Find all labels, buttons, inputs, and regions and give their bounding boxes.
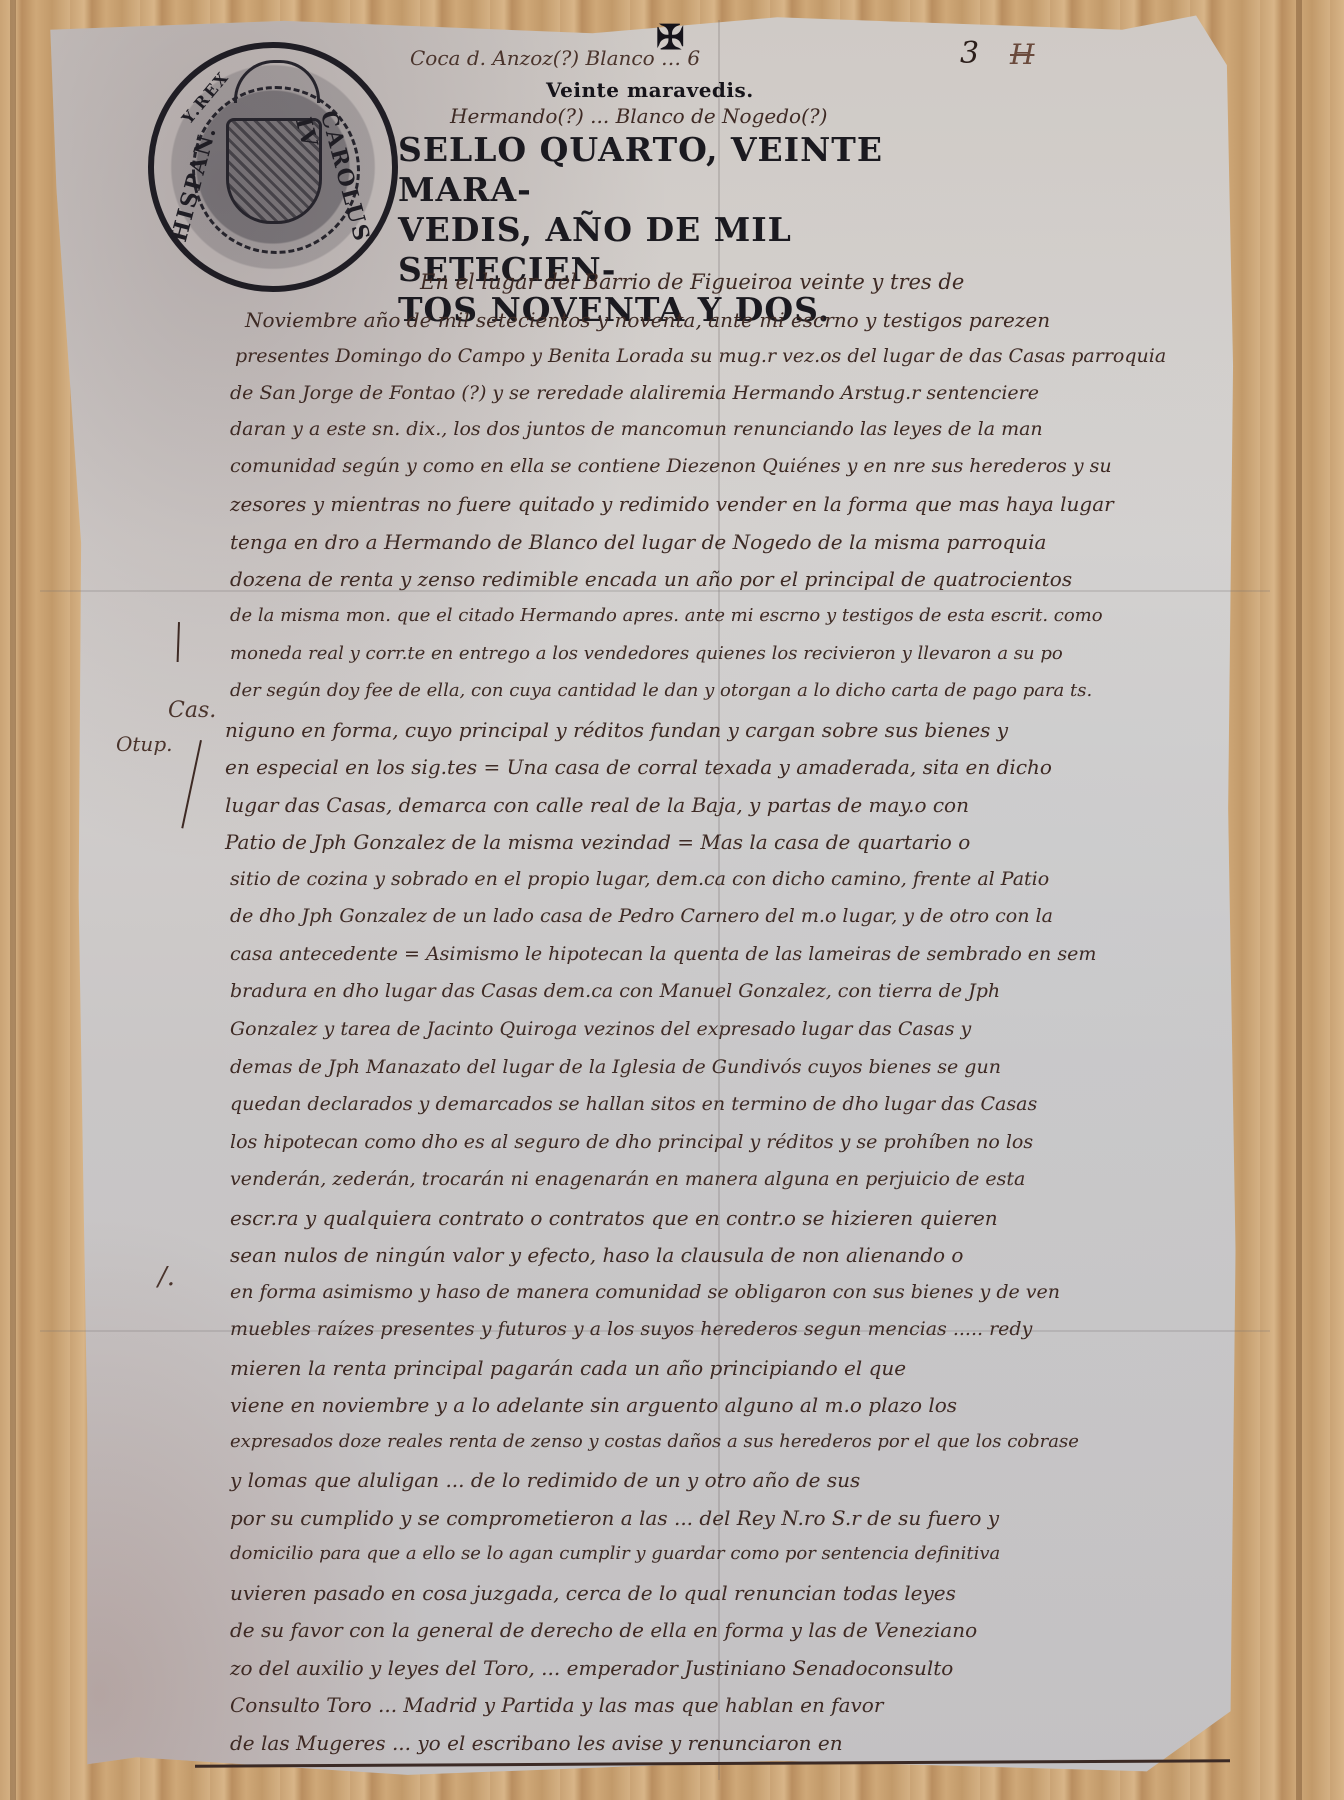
body-line: zesores y mientras no fuere quitado y re… [230, 492, 1114, 516]
body-line: En el lugar del Barrio de Figueiroa vein… [420, 270, 964, 294]
body-line: Noviembre año de mil setecientos y noven… [245, 308, 1050, 332]
heading-line: Sello quarto, veinte mara- [398, 130, 958, 210]
body-line: dozena de renta y zenso redimible encada… [230, 567, 1072, 591]
body-line: Patio de Jph Gonzalez de la misma vezind… [225, 830, 970, 854]
body-line: uvieren pasado en cosa juzgada, cerca de… [230, 1581, 956, 1605]
printed-value-line: Veinte maravedis. [546, 78, 754, 102]
body-line: en especial en los sig.tes = Una casa de… [225, 755, 1052, 779]
body-line: por su cumplido y se comprometieron a la… [230, 1506, 999, 1530]
body-line: comunidad según y como en ella se contie… [230, 455, 1112, 477]
body-line: bradura en dho lugar das Casas dem.ca co… [230, 980, 1000, 1002]
body-line: daran y a este sn. dix., los dos juntos … [230, 418, 1043, 440]
body-line: en forma asimismo y haso de manera comun… [230, 1281, 1060, 1303]
body-line: domicilio para que a ello se lo agan cum… [230, 1543, 1000, 1564]
body-line: de su favor con la general de derecho de… [230, 1618, 977, 1642]
page-number: 3 [960, 36, 979, 71]
body-line: Consulto Toro ... Madrid y Partida y las… [230, 1693, 883, 1717]
top-handwritten-note: Coca d. Anzoz(?) Blanco … 6 [410, 46, 700, 70]
margin-note: Otup. [116, 732, 172, 756]
body-line: de la misma mon. que el citado Hermando … [230, 605, 1103, 626]
body-line: y lomas que aluligan ... de lo redimido … [230, 1468, 860, 1492]
body-line: expresados doze reales renta de zenso y … [230, 1431, 1079, 1452]
body-line: viene en noviembre y a lo adelante sin a… [230, 1393, 957, 1417]
body-line: los hipotecan como dho es al seguro de d… [230, 1131, 1033, 1153]
body-line: zo del auxilio y leyes del Toro, ... emp… [230, 1656, 953, 1680]
printed-stamp-heading: Sello quarto, veinte mara- vedis, año de… [398, 130, 958, 330]
royal-seal-stamp: CAROLUS IV HISPAN. Y.REX [148, 42, 398, 292]
body-line: muebles raízes presentes y futuros y a l… [230, 1318, 1032, 1340]
body-line: quedan declarados y demarcados se hallan… [230, 1093, 1037, 1115]
body-line: niguno en forma, cuyo principal y rédito… [225, 718, 1008, 742]
body-line: presentes Domingo do Campo y Benita Lora… [235, 345, 1166, 367]
body-line: de las Mugeres ... yo el escribano les a… [230, 1731, 843, 1755]
body-line: tenga en dro a Hermando de Blanco del lu… [230, 530, 1046, 554]
wood-seam [1296, 0, 1302, 1800]
margin-mark: /. [158, 1262, 175, 1292]
body-line: der según doy fee de ella, con cuya cant… [230, 680, 1092, 701]
margin-note: Cas. [168, 698, 216, 723]
wood-seam [10, 0, 16, 1800]
handwritten-name: Hermando(?) ... Blanco de Nogedo(?) [450, 104, 827, 128]
body-line: sitio de cozina y sobrado en el propio l… [230, 868, 1049, 890]
body-line: venderán, zederán, trocarán ni enagenará… [230, 1168, 1025, 1190]
body-line: Gonzalez y tarea de Jacinto Quiroga vezi… [230, 1018, 971, 1040]
page-number-crossed-out: H [1010, 38, 1034, 71]
body-line: mieren la renta principal pagarán cada u… [230, 1356, 906, 1380]
body-line: moneda real y corr.te en entrego a los v… [230, 643, 1063, 664]
body-line: lugar das Casas, demarca con calle real … [225, 793, 969, 817]
body-line: de San Jorge de Fontao (?) y se reredade… [230, 382, 1039, 404]
body-line: demas de Jph Manazato del lugar de la Ig… [230, 1056, 1001, 1078]
body-line: sean nulos de ningún valor y efecto, has… [230, 1243, 963, 1267]
body-line: escr.ra y qualquiera contrato o contrato… [230, 1206, 998, 1230]
body-line: de dho Jph Gonzalez de un lado casa de P… [230, 905, 1053, 927]
body-line: casa antecedente = Asimismo le hipotecan… [230, 943, 1096, 965]
